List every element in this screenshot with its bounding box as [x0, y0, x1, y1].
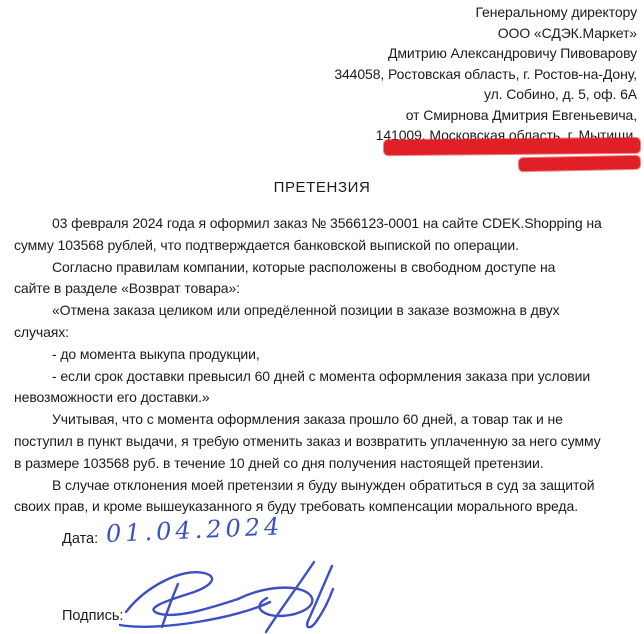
body-line: своих прав, и кроме вышеуказанного я буд…	[14, 496, 638, 518]
signature-scribble	[118, 560, 356, 634]
body-line: - до момента выкупа продукции,	[14, 344, 638, 366]
date-label: Дата:	[62, 531, 98, 547]
body-line: Согласно правилам компании, которые расп…	[14, 257, 638, 279]
body-line: 03 февраля 2024 года я оформил заказ № 3…	[14, 213, 638, 235]
recipient-line: от Смирнова Дмитрия Евгеньевича,	[180, 105, 637, 126]
body-line: сумму 103568 рублей, что подтверждается …	[14, 235, 638, 257]
page-title: ПРЕТЕНЗИЯ	[0, 179, 644, 196]
recipient-line: ООО «СДЭК.Маркет»	[180, 23, 637, 44]
body-line: поступил в пункт выдачи, я требую отмени…	[14, 431, 638, 453]
body-line: случаях:	[14, 322, 638, 344]
redaction-bar	[519, 156, 640, 172]
body-line: сайте в разделе «Возврат товара»:	[14, 278, 638, 300]
recipient-line: 344058, Ростовская область, г. Ростов-на…	[180, 64, 637, 85]
body-line: невозможности его доставки.»	[14, 387, 638, 409]
body-line: В случае отклонения моей претензии я буд…	[14, 475, 638, 497]
body-line: Учитывая, что с момента оформления заказ…	[14, 409, 638, 431]
recipient-line: Дмитрию Александровичу Пивоварову	[180, 43, 637, 64]
signature-label: Подпись:	[62, 608, 123, 624]
recipient-line: Генеральному директору	[180, 2, 637, 23]
redaction-bar	[384, 138, 640, 155]
body-line: - если срок доставки превысил 60 дней с …	[14, 366, 638, 388]
recipient-block: Генеральному директору ООО «СДЭК.Маркет»…	[180, 2, 637, 146]
body-text: 03 февраля 2024 года я оформил заказ № 3…	[14, 213, 638, 518]
claim-letter-page: Генеральному директору ООО «СДЭК.Маркет»…	[0, 0, 644, 634]
body-line: «Отмена заказа целиком или опредёленной …	[14, 300, 638, 322]
recipient-line: ул. Собино, д. 5, оф. 6А	[180, 84, 637, 105]
body-line: в размере 103568 руб. в течение 10 дней …	[14, 453, 638, 475]
